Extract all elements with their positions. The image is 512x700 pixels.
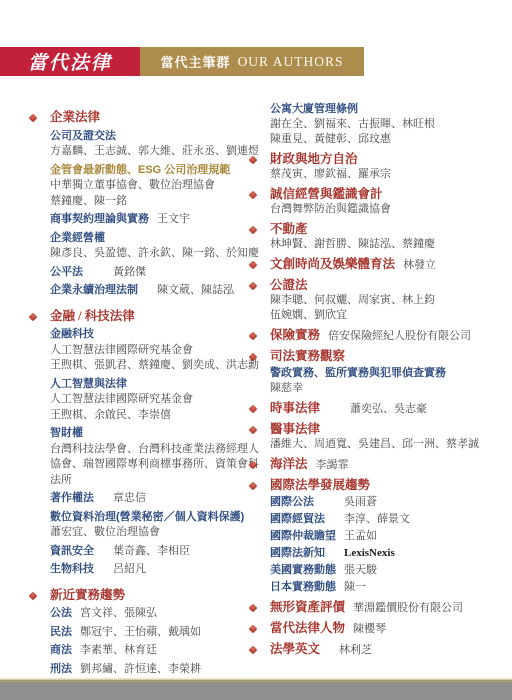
topic-label: 企業永續治理法制 xyxy=(50,284,138,296)
section-heading: 財政與地方自治 xyxy=(270,152,506,167)
names-line: 謝在全、劉福來、古振暉、林旺根 xyxy=(270,117,506,132)
topic-row: 生物科技 呂紹凡 xyxy=(50,562,262,578)
authors-column-right: 公寓大廈管理條例謝在全、劉福來、古振暉、林旺根陳重見、黃健彰、邱玟惠財政與地方自… xyxy=(270,100,506,658)
topic-label: 文創時尚及娛樂體育法 xyxy=(270,257,395,271)
topic-label: 警政實務、監所實務與犯罪偵查實務 xyxy=(270,367,446,379)
topic-row: 商法李素華、林育廷 xyxy=(50,643,262,659)
author-names: 張天駿 xyxy=(344,564,377,576)
topic-row: 公平法 黃銘傑 xyxy=(50,265,262,281)
names-line: 中華獨立董事協會、數位治理協會 xyxy=(50,178,262,194)
topic-row: 國際仲裁瞻望王孟如 xyxy=(270,529,506,544)
topic-label: 醫事法律 xyxy=(270,422,320,436)
topic-label: 人工智慧與法律 xyxy=(50,378,127,390)
author-names: 華淵鑑價股份有限公司 xyxy=(353,602,463,614)
topic-label: 美國實務動態 xyxy=(270,564,336,576)
author-names: 黃銘傑 xyxy=(91,266,146,278)
author-names: 蕭奕弘、吳志豪 xyxy=(328,403,427,415)
topic-label: 企業法律 xyxy=(50,110,100,124)
topic-row: 公法宮文祥、張陳弘 xyxy=(50,606,262,622)
author-names: 鄭冠宇、王怡蘋、戴瑀如 xyxy=(80,626,201,638)
names-line: 王煦棋、張凱君、蔡鐘慶、劉奕成、洪志勳 xyxy=(50,358,262,374)
background-gray-band xyxy=(0,682,512,700)
section-heading: 當代法律人物陳櫻琴 xyxy=(270,621,506,637)
topic-row: 日本實務動態陳一 xyxy=(270,580,506,595)
topic-label: 不動產 xyxy=(270,222,308,236)
names-line: 方嘉麟、王志誠、郭大維、莊永丞、劉連煜 xyxy=(50,144,262,160)
topic-row: 商事契約理論與實務王文宇 xyxy=(50,212,262,228)
author-names: 林發立 xyxy=(403,259,436,271)
topic-label: 民法 xyxy=(50,626,72,638)
topic-row: 企業永續治理法制 陳文葳、陳誌泓 xyxy=(50,283,262,299)
names-line: 蔡茂寅、廖欽福、羅承宗 xyxy=(270,167,506,182)
topic-row: 國際公法 吳雨蒼 xyxy=(270,495,506,510)
section-heading: 誠信經營與鑑識會計 xyxy=(270,187,506,202)
topic-label: 公寓大廈管理條例 xyxy=(270,103,358,115)
section-heading: 無形資產評價華淵鑑價股份有限公司 xyxy=(270,600,506,616)
topic-row: 企業經營權 xyxy=(50,231,262,247)
names-line: 蔡鐘慶、陳一銘 xyxy=(50,194,262,210)
section-heading: 不動產 xyxy=(270,222,506,237)
topic-label: 新近實務趨勢 xyxy=(50,588,125,602)
section-heading: 海洋法李謁霏 xyxy=(270,457,506,473)
author-names: 伍婉嫻、劉欣宜 xyxy=(270,309,347,321)
author-names: 王文宇 xyxy=(157,213,190,225)
author-names: 劉邦繡、許恒達、李榮耕 xyxy=(80,663,201,675)
topic-label: 國際法新知 xyxy=(270,547,325,559)
author-names: 李謁霏 xyxy=(316,459,349,471)
names-line: 人工智慧法律國際研究基金會 xyxy=(50,392,262,408)
topic-label: 當代法律人物 xyxy=(270,621,345,635)
author-names: 人工智慧法律國際研究基金會 xyxy=(50,393,193,405)
section-heading: 國際法學發展趨勢 xyxy=(270,478,506,493)
diamond-bullet-icon xyxy=(29,114,37,122)
topic-row: 警政實務、監所實務與犯罪偵查實務 xyxy=(270,366,506,381)
author-names: 李淳、薛景文 xyxy=(333,513,410,525)
topic-row: 公寓大廈管理條例 xyxy=(270,102,506,117)
topic-label: 公證法 xyxy=(270,278,308,292)
diamond-bullet-icon xyxy=(29,312,37,320)
author-names: 蔡茂寅、廖欽福、羅承宗 xyxy=(270,168,391,180)
topic-label: 國際法學發展趨勢 xyxy=(270,478,370,492)
author-names: 謝在全、劉福來、古振暉、林旺根 xyxy=(270,118,435,130)
topic-row: 美國實務動態張天駿 xyxy=(270,563,506,578)
section-heading: 保險實務倍安保險經紀人股份有限公司 xyxy=(270,328,506,344)
page-title-box: 當代主筆群 OUR AUTHORS xyxy=(140,47,364,76)
topic-label: 無形資產評價 xyxy=(270,600,345,614)
author-names: 潘維大、周迺寬、吳建昌、邱一洲、蔡孝誠 xyxy=(270,438,479,450)
names-line: 潘維大、周迺寬、吳建昌、邱一洲、蔡孝誠 xyxy=(270,437,506,452)
section-heading: 公證法 xyxy=(270,278,506,293)
topic-row: 金融科技 xyxy=(50,327,262,343)
author-names: LexisNexis xyxy=(333,547,395,559)
author-names: 蔡鐘慶、陳一銘 xyxy=(50,195,127,207)
names-line: 王煦棋、余啟民、李崇僖 xyxy=(50,408,262,424)
section-heading: 法學英文 林利芝 xyxy=(270,642,506,658)
author-names: 林坤賢、謝哲勝、陳誌泓、蔡鐘慶 xyxy=(270,238,435,250)
topic-label: 商法 xyxy=(50,644,72,656)
names-line: 陳重見、黃健彰、邱玟惠 xyxy=(270,132,506,147)
author-names: 王煦棋、張凱君、蔡鐘慶、劉奕成、洪志勳 xyxy=(50,359,259,371)
author-names: 方嘉麟、王志誠、郭大維、莊永丞、劉連煜 xyxy=(50,145,259,157)
author-names: 呂紹凡 xyxy=(102,563,146,575)
topic-row: 資訊安全 葉奇鑫、李相臣 xyxy=(50,544,262,560)
names-line: 陳彥良、吳盈德、許永欽、陳一銘、於知慶 xyxy=(50,246,262,262)
topic-label: 司法實務觀察 xyxy=(270,349,345,363)
topic-row: 民法鄭冠宇、王怡蘋、戴瑀如 xyxy=(50,625,262,641)
author-names: 陳文葳、陳誌泓 xyxy=(146,284,234,296)
section-heading: 新近實務趨勢 xyxy=(50,588,262,604)
topic-label: 公平法 xyxy=(50,266,83,278)
section-heading: 文創時尚及娛樂體育法林發立 xyxy=(270,257,506,273)
topic-label: 誠信經營與鑑識會計 xyxy=(270,187,383,201)
names-line: 林坤賢、謝哲勝、陳誌泓、蔡鐘慶 xyxy=(270,237,506,252)
topic-label: 企業經營權 xyxy=(50,232,105,244)
author-names: 人工智慧法律國際研究基金會 xyxy=(50,344,193,356)
topic-row: 刑法劉邦繡、許恒達、李榮耕 xyxy=(50,662,262,678)
author-names: 陳重見、黃健彰、邱玟惠 xyxy=(270,133,391,145)
topic-label: 金融 / 科技法律 xyxy=(50,309,135,323)
topic-label: 海洋法 xyxy=(270,457,308,471)
topic-label: 財政與地方自治 xyxy=(270,152,358,166)
author-names: 葉奇鑫、李相臣 xyxy=(102,545,190,557)
topic-label: 金融科技 xyxy=(50,328,94,340)
topic-label: 生物科技 xyxy=(50,563,94,575)
names-line: 人工智慧法律國際研究基金會 xyxy=(50,343,262,359)
section-heading: 時事法律 蕭奕弘、吳志豪 xyxy=(270,401,506,417)
topic-row: 國際經貿法 李淳、薛景文 xyxy=(270,512,506,527)
author-names: 章忠信 xyxy=(102,492,146,504)
page-title-en: OUR AUTHORS xyxy=(238,54,344,70)
author-names: 王孟如 xyxy=(344,530,377,542)
topic-row: 著作權法 章忠信 xyxy=(50,491,262,507)
names-line: 陳李聰、何叔孋、周家寅、林上鈞 xyxy=(270,293,506,308)
author-names: 陳李聰、何叔孋、周家寅、林上鈞 xyxy=(270,294,435,306)
author-names: 吳雨蒼 xyxy=(322,496,377,508)
topic-label: 時事法律 xyxy=(270,401,320,415)
author-names: 王煦棋、余啟民、李崇僖 xyxy=(50,409,171,421)
topic-label: 資訊安全 xyxy=(50,545,94,557)
topic-label: 智財權 xyxy=(50,427,83,439)
topic-row: 數位資料治理(營業秘密／個人資料保護) xyxy=(50,510,262,526)
author-names: 倍安保險經紀人股份有限公司 xyxy=(328,330,471,342)
author-names: 陳慈幸 xyxy=(270,382,303,394)
topic-row: 人工智慧與法律 xyxy=(50,377,262,393)
diamond-bullet-icon xyxy=(29,591,37,599)
names-line: 伍婉嫻、劉欣宜 xyxy=(270,308,506,323)
names-line: 台灣舞弊防治與鑑識協會 xyxy=(270,202,506,217)
topic-label: 著作權法 xyxy=(50,492,94,504)
author-names: 陳彥良、吳盈德、許永欽、陳一銘、於知慶 xyxy=(50,247,259,259)
brand-logo-text: 當代法律 xyxy=(28,48,112,75)
authors-column-left: 企業法律公司及證交法方嘉麟、王志誠、郭大維、莊永丞、劉連煜金管會最新動態、ESG… xyxy=(50,100,262,677)
topic-row-gold: 金管會最新動態、ESG 公司治理規範 xyxy=(50,163,262,179)
author-names: 陳一 xyxy=(344,581,366,593)
topic-row: 公司及證交法 xyxy=(50,129,262,145)
topic-label: 商事契約理論與實務 xyxy=(50,213,149,225)
section-heading: 金融 / 科技法律 xyxy=(50,309,262,325)
brand-logo-box: 當代法律 xyxy=(0,47,140,76)
names-line: 蕭宏宜、數位治理協會 xyxy=(50,525,262,541)
topic-label: 法學英文 xyxy=(270,642,320,656)
topic-label: 金管會最新動態、ESG 公司治理規範 xyxy=(50,164,230,176)
section-heading: 醫事法律 xyxy=(270,422,506,437)
topic-label: 國際公法 xyxy=(270,496,314,508)
topic-label: 日本實務動態 xyxy=(270,581,336,593)
topic-label: 刑法 xyxy=(50,663,72,675)
author-names: 宮文祥、張陳弘 xyxy=(80,607,157,619)
author-names: 蕭宏宜、數位治理協會 xyxy=(50,526,160,538)
topic-label: 國際經貿法 xyxy=(270,513,325,525)
topic-label: 公司及證交法 xyxy=(50,130,116,142)
author-names: 台灣舞弊防治與鑑識協會 xyxy=(270,203,391,215)
topic-label: 保險實務 xyxy=(270,328,320,342)
topic-label: 數位資料治理(營業秘密／個人資料保護) xyxy=(50,511,244,523)
section-heading: 企業法律 xyxy=(50,110,262,126)
section-heading: 司法實務觀察 xyxy=(270,349,506,364)
names-line: 台灣科技法學會、台灣科技產業法務經理人協會、瑞智國際專利商標事務所、資策會科法所 xyxy=(50,442,262,489)
topic-label: 公法 xyxy=(50,607,72,619)
author-names: 林利芝 xyxy=(328,644,372,656)
author-names: 中華獨立董事協會、數位治理協會 xyxy=(50,179,215,191)
topic-row: 智財權 xyxy=(50,426,262,442)
author-names: 李素華、林育廷 xyxy=(80,644,157,656)
names-line: 陳慈幸 xyxy=(270,381,506,396)
topic-label: 國際仲裁瞻望 xyxy=(270,530,336,542)
author-names: 台灣科技法學會、台灣科技產業法務經理人協會、瑞智國際專利商標事務所、資策會科法所 xyxy=(50,443,259,486)
author-names: 陳櫻琴 xyxy=(353,623,386,635)
page-title-zh: 當代主筆群 xyxy=(161,52,231,71)
topic-row: 國際法新知 LexisNexis xyxy=(270,546,506,561)
